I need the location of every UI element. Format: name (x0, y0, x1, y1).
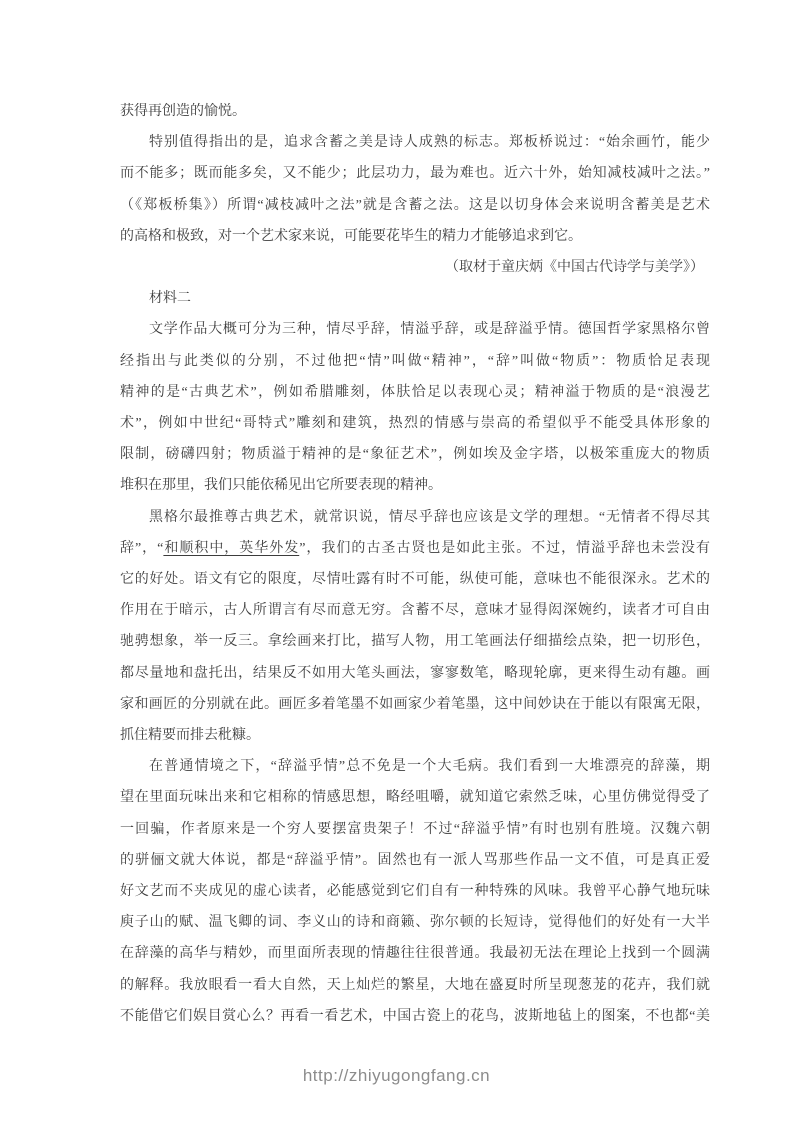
text-line: 获得再创造的愉悦。 (120, 96, 710, 127)
text-segment: 辞”，“ (120, 541, 163, 556)
underlined-phrase: 和顺积中，英华外发 (163, 541, 299, 556)
text-line: 特别值得指出的是，追求含蓄之美是诗人成熟的标志。郑板桥说过：“始余画竹，能少 (120, 127, 710, 158)
attribution-line: （取材于童庆炳《中国古代诗学与美学》） (120, 252, 710, 283)
text-line: 作用在于暗示，古人所谓言有尽而意无穷。含蓄不尽，意味才显得闳深婉约，读者才可自由 (120, 595, 710, 626)
text-line: 而不能多；既而能多矣，又不能少；此层功力，最为难也。近六十外，始知减枝减叶之法。… (120, 158, 710, 189)
footer-url: http://zhiyugongfang.cn (0, 1066, 793, 1086)
document-body: 获得再创造的愉悦。特别值得指出的是，追求含蓄之美是诗人成熟的标志。郑板桥说过：“… (120, 96, 710, 1032)
text-line: 精神的是“古典艺术”，例如希腊雕刻，体肤恰足以表现心灵；精神溢于物质的是“浪漫艺 (120, 377, 710, 408)
text-line: 的解释。我放眼看一看大自然，天上灿烂的繁星，大地在盛夏时所呈现葱茏的花卉，我们就 (120, 970, 710, 1001)
text-line: 庾子山的赋、温飞卿的词、李义山的诗和商籁、弥尔顿的长短诗，觉得他们的好处有一大半 (120, 907, 710, 938)
text-line: 家和画匠的分别就在此。画匠多着笔墨不如画家少着笔墨，这中间妙诀在于能以有限寓无限… (120, 689, 710, 720)
text-segment: ”，我们的古圣古贤也是如此主张。不过，情溢乎辞也未尝没有 (299, 541, 710, 556)
text-line: 的骈俪文就大体说，都是“辞溢乎情”。固然也有一派人骂那些作品一文不值，可是真正爱 (120, 845, 710, 876)
text-line: 在辞藻的高华与精妙，而里面所表现的情趣往往很普通。我最初无法在理论上找到一个圆满 (120, 938, 710, 969)
text-line: 驰骋想象，举一反三。拿绘画来打比，描写人物，用工笔画法仔细描绘点染，把一切形色， (120, 626, 710, 657)
text-line: 术”，例如中世纪“哥特式”雕刻和建筑，热烈的情感与崇高的希望似乎不能受具体形象的 (120, 408, 710, 439)
document-page: 获得再创造的愉悦。特别值得指出的是，追求含蓄之美是诗人成熟的标志。郑板桥说过：“… (0, 0, 793, 1122)
text-line: 经指出与此类似的分别，不过他把“情”叫做“精神”，“辞”叫做“物质”：物质恰足表… (120, 346, 710, 377)
text-line: 黑格尔最推尊古典艺术，就常识说，情尽乎辞也应该是文学的理想。“无情者不得尽其 (120, 502, 710, 533)
text-line: 限制，磅礴四射；物质溢于精神的是“象征艺术”，例如埃及金字塔，以极笨重庞大的物质 (120, 439, 710, 470)
text-line: 一回骗，作者原来是一个穷人要摆富贵架子！不过“辞溢乎情”有时也别有胜境。汉魏六朝 (120, 814, 710, 845)
text-line: 的高格和极致，对一个艺术家来说，可能要花毕生的精力才能够追求到它。 (120, 221, 710, 252)
text-line: 不能借它们娱目赏心么？再看一看艺术，中国古瓷上的花鸟，波斯地毡上的图案，不也都“… (120, 1001, 710, 1032)
text-line: 都尽量地和盘托出，结果反不如用大笔头画法，寥寥数笔，略现轮廓，更来得生动有趣。画 (120, 658, 710, 689)
text-line: 文学作品大概可分为三种，情尽乎辞，情溢乎辞，或是辞溢乎情。德国哲学家黑格尔曾 (120, 314, 710, 345)
text-line: 抓住精要而排去秕糠。 (120, 720, 710, 751)
text-line: 它的好处。语文有它的限度，尽情吐露有时不可能，纵使可能，意味也不能很深永。艺术的 (120, 564, 710, 595)
text-line: （《郑板桥集》）所谓“减枝减叶之法”就是含蓄之法。这是以切身体会来说明含蓄美是艺… (120, 190, 710, 221)
text-line: 在普通情境之下，“辞溢乎情”总不免是一个大毛病。我们看到一大堆漂亮的辞藻，期 (120, 751, 710, 782)
text-line: 堆积在那里，我们只能依稀见出它所要表现的精神。 (120, 470, 710, 501)
text-line: 望在里面玩味出来和它相称的情感思想，略经咀嚼，就知道它索然乏味，心里仿佛觉得受了 (120, 782, 710, 813)
text-line: 辞”，“和顺积中，英华外发”，我们的古圣古贤也是如此主张。不过，情溢乎辞也未尝没… (120, 533, 710, 564)
text-line: 好文艺而不夹成见的虚心读者，必能感觉到它们自有一种特殊的风味。我曾平心静气地玩味 (120, 876, 710, 907)
material-2-heading: 材料二 (120, 283, 710, 314)
